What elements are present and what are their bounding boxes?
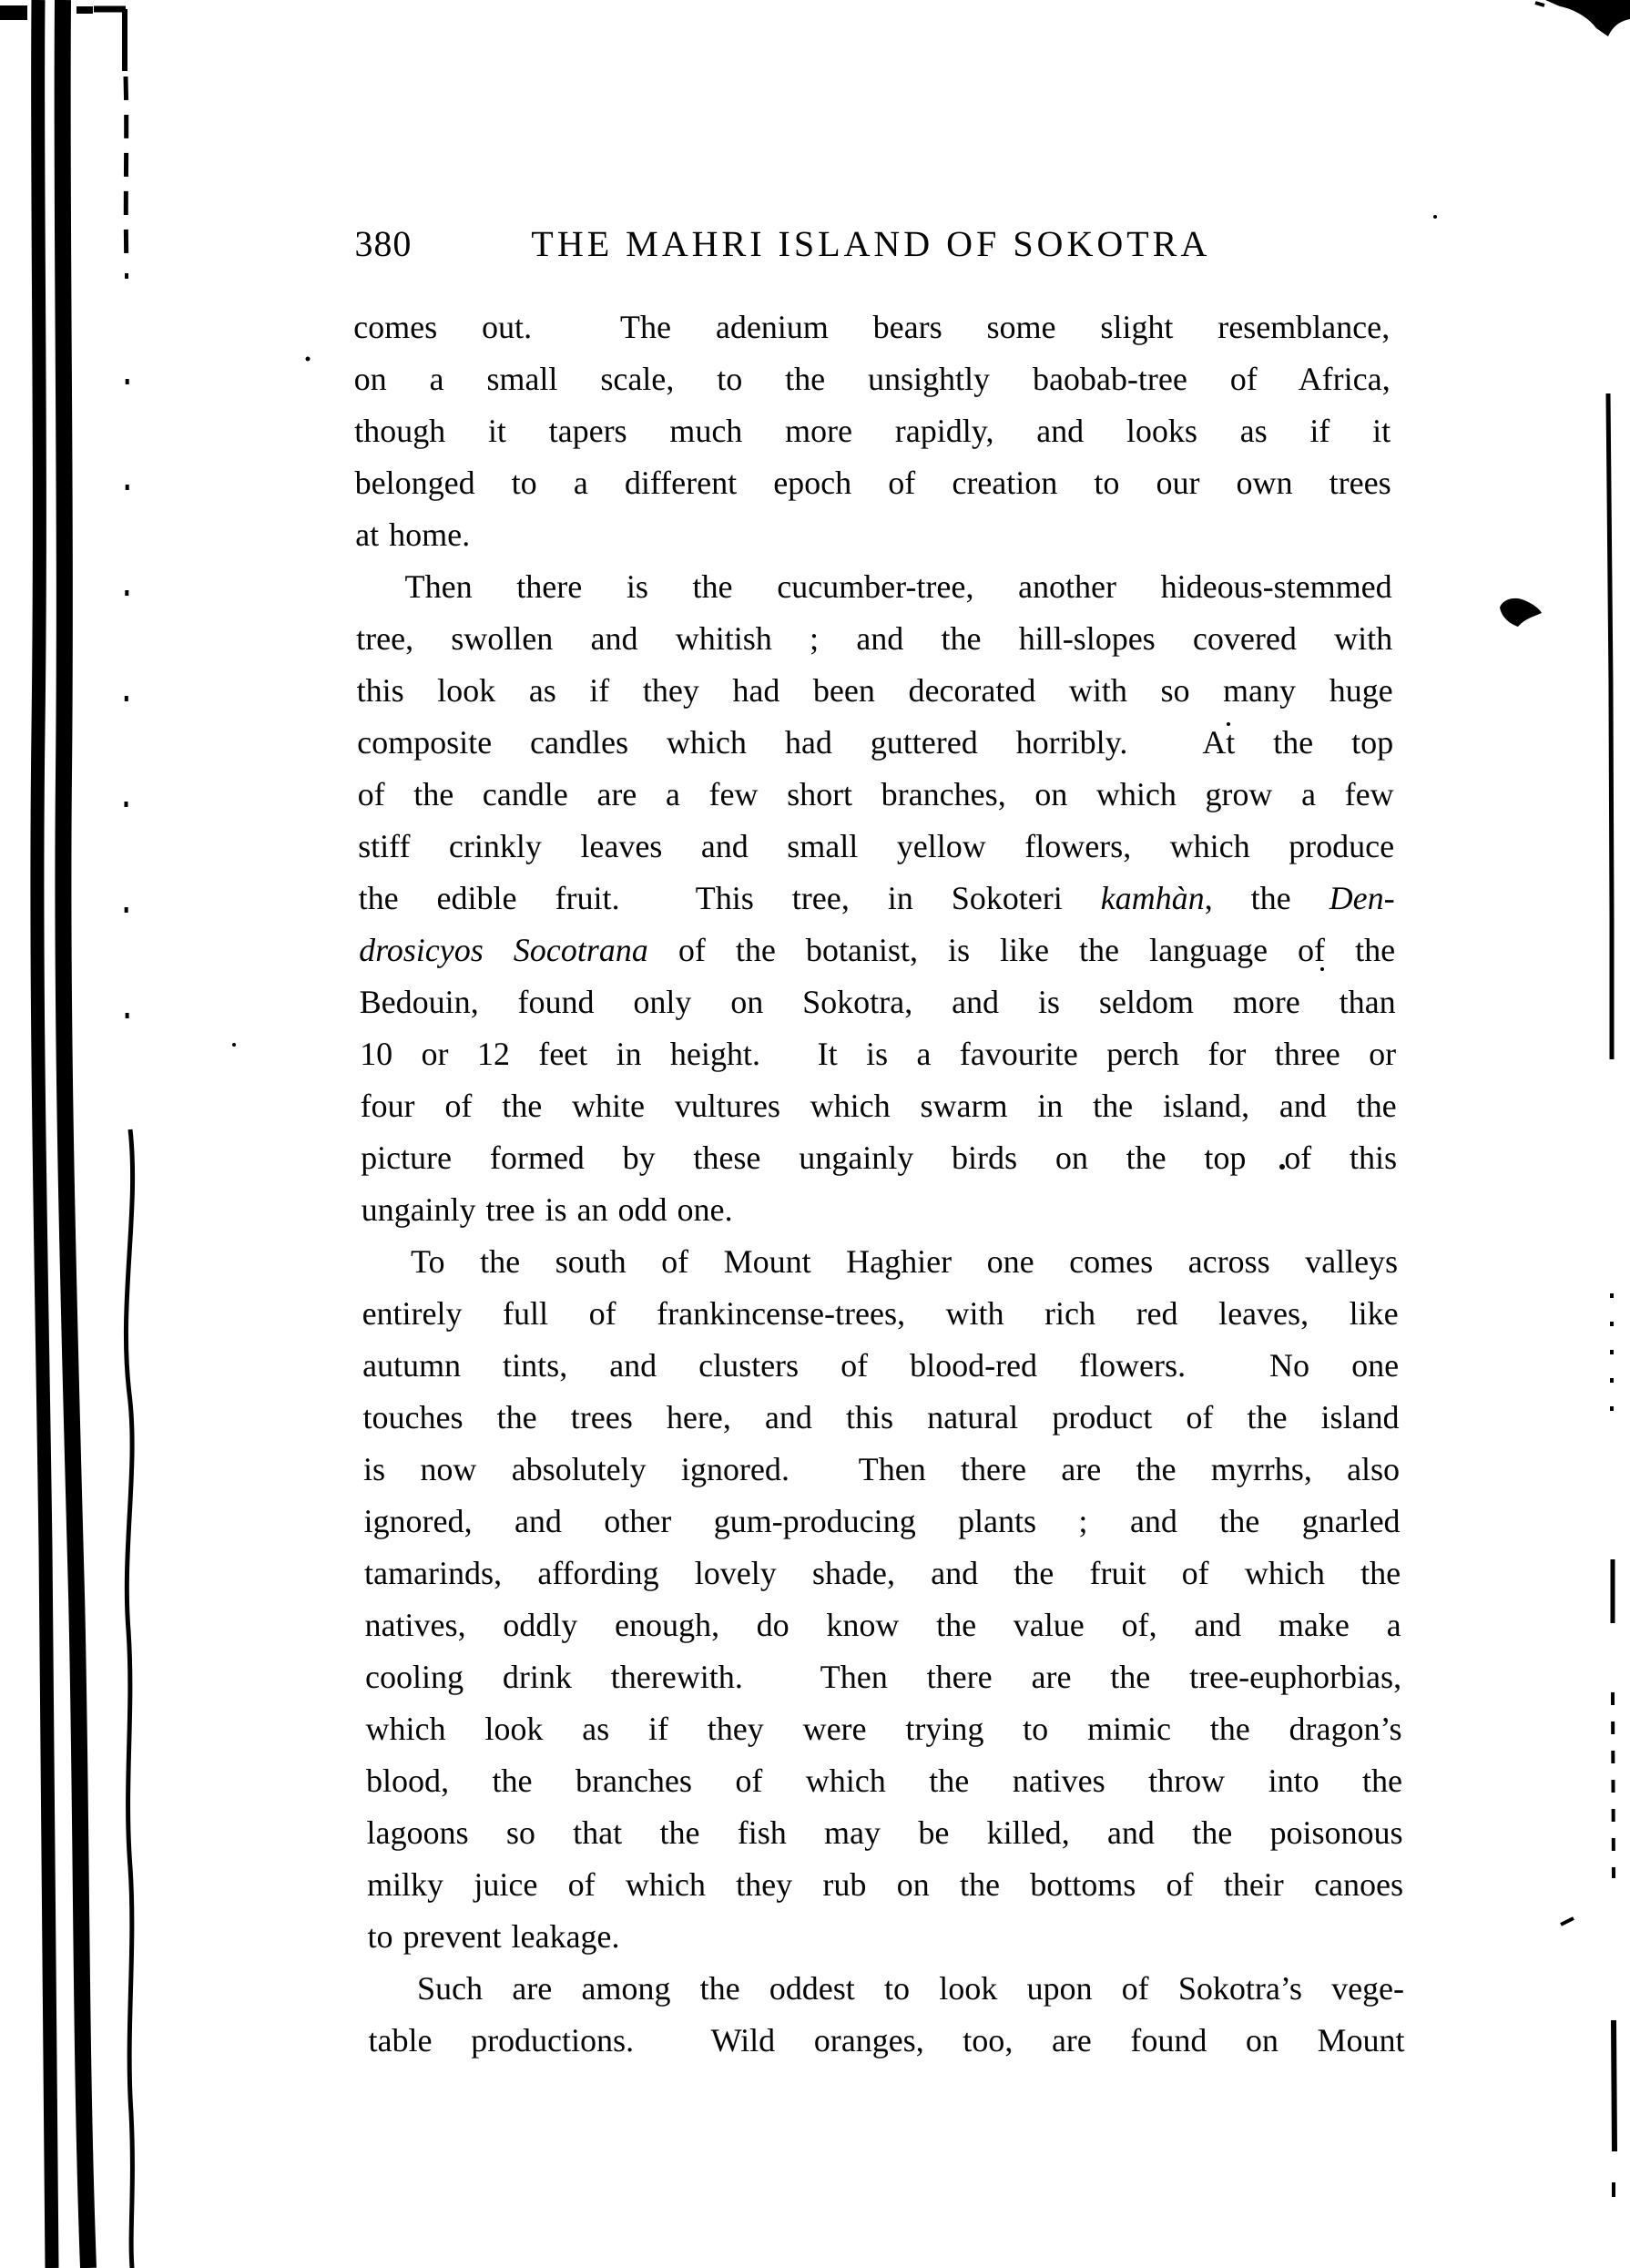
text-line: four of the white vultures which swarm i… — [360, 1080, 1396, 1132]
text-line: comes out. The adenium bears some slight… — [353, 301, 1390, 353]
text-line: To the south of Mount Haghier one comes … — [362, 1236, 1398, 1288]
text-line: blood, the branches of which the natives… — [366, 1755, 1402, 1807]
text-line: tree, swollen and whitish ; and the hill… — [356, 613, 1392, 665]
text-line: which look as if they were trying to mim… — [365, 1703, 1401, 1755]
text-line: belonged to a different epoch of creatio… — [354, 457, 1391, 509]
text-line: cooling drink therewith. Then there are … — [365, 1651, 1401, 1703]
body-text: comes out. The adenium bears some slight… — [353, 301, 1405, 2067]
page-content: 380 THE MAHRI ISLAND OF SOKOTRA comes ou… — [0, 0, 1630, 2268]
text-line: the edible fruit. This tree, in Sokoteri… — [358, 873, 1394, 925]
text-line: of the candle are a few short branches, … — [357, 769, 1393, 821]
text-line: Such are among the oddest to look upon o… — [368, 1963, 1404, 2015]
running-title: THE MAHRI ISLAND OF SOKOTRA — [531, 222, 1210, 265]
text-line: touches the trees here, and this natural… — [362, 1392, 1399, 1444]
text-line: autumn tints, and clusters of blood-red … — [362, 1340, 1399, 1392]
text-line: drosicyos Socotrana of the botanist, is … — [359, 925, 1395, 976]
text-line: tamarinds, affording lovely shade, and t… — [364, 1548, 1401, 1599]
text-line: at home. — [355, 509, 1391, 561]
page-header: 380 THE MAHRI ISLAND OF SOKOTRA — [352, 222, 1390, 277]
text-line: stiff crinkly leaves and small yellow fl… — [358, 821, 1394, 873]
text-line: though it tapers much more rapidly, and … — [354, 405, 1391, 457]
text-line: entirely full of frankincense-trees, wit… — [362, 1288, 1398, 1340]
text-line: Then there is the cucumber-tree, another… — [355, 561, 1391, 613]
page-number: 380 — [354, 222, 412, 265]
text-line: to prevent leakage. — [367, 1911, 1403, 1963]
text-line: milky juice of which they rub on the bot… — [367, 1859, 1403, 1911]
text-line: natives, oddly enough, do know the value… — [364, 1599, 1401, 1651]
text-line: this look as if they had been decorated … — [356, 665, 1392, 717]
book-page: 380 THE MAHRI ISLAND OF SOKOTRA comes ou… — [0, 0, 1630, 2268]
text-line: picture formed by these ungainly birds o… — [361, 1132, 1397, 1184]
text-line: 10 or 12 feet in height. It is a favouri… — [360, 1028, 1396, 1080]
text-line: ungainly tree is an odd one. — [361, 1184, 1397, 1236]
text-line: is now absolutely ignored. Then there ar… — [363, 1444, 1400, 1496]
text-line: lagoons so that the fish may be killed, … — [366, 1807, 1402, 1859]
text-line: composite candles which had guttered hor… — [357, 717, 1393, 769]
text-line: on a small scale, to the unsightly baoba… — [353, 353, 1390, 405]
text-line: Bedouin, found only on Sokotra, and is s… — [359, 976, 1395, 1028]
text-line: ignored, and other gum-producing plants … — [363, 1496, 1400, 1548]
text-line: table productions. Wild oranges, too, ar… — [368, 2015, 1404, 2067]
